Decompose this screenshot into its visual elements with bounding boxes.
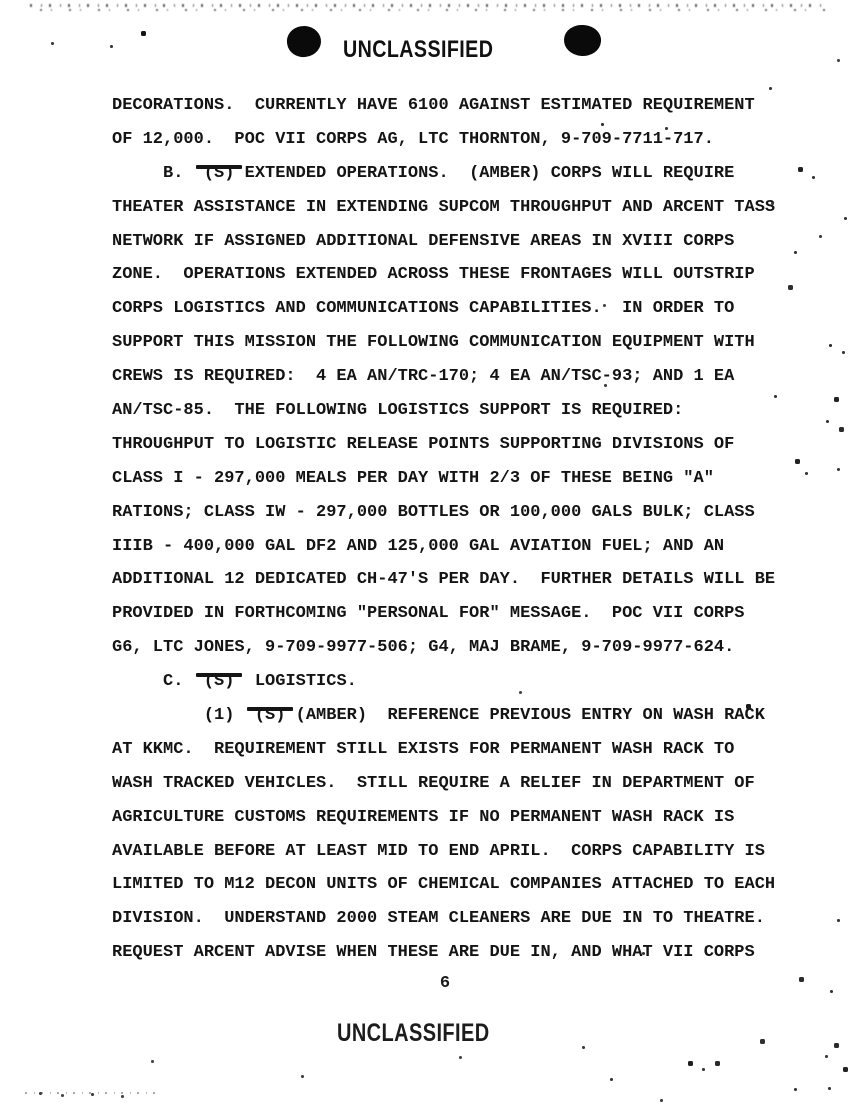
header-classification-stamp: UNCLASSIFIED bbox=[343, 36, 493, 64]
document-line: PROVIDED IN FORTHCOMING "PERSONAL FOR" M… bbox=[112, 597, 832, 631]
line-text: IIIB - 400,000 GAL DF2 AND 125,000 GAL A… bbox=[112, 537, 724, 556]
line-text: LIMITED TO M12 DECON UNITS OF CHEMICAL C… bbox=[112, 875, 775, 894]
document-line: DECORATIONS. CURRENTLY HAVE 6100 AGAINST… bbox=[112, 89, 832, 123]
line-text: AGRICULTURE CUSTOMS REQUIREMENTS IF NO P… bbox=[112, 808, 734, 827]
document-line: NETWORK IF ASSIGNED ADDITIONAL DEFENSIVE… bbox=[112, 225, 832, 259]
line-text: PROVIDED IN FORTHCOMING "PERSONAL FOR" M… bbox=[112, 604, 745, 623]
document-line: CREWS IS REQUIRED: 4 EA AN/TRC-170; 4 EA… bbox=[112, 360, 832, 394]
line-text: (AMBER) REFERENCE PREVIOUS ENTRY ON WASH… bbox=[285, 706, 764, 725]
document-line: SUPPORT THIS MISSION THE FOLLOWING COMMU… bbox=[112, 326, 832, 360]
footer-classification-stamp: UNCLASSIFIED bbox=[337, 1019, 490, 1048]
line-text: CORPS LOGISTICS AND COMMUNICATIONS CAPAB… bbox=[112, 299, 734, 318]
document-line: LIMITED TO M12 DECON UNITS OF CHEMICAL C… bbox=[112, 868, 832, 902]
document-line: ZONE. OPERATIONS EXTENDED ACROSS THESE F… bbox=[112, 258, 832, 292]
line-text: G6, LTC JONES, 9-709-9977-506; G4, MAJ B… bbox=[112, 638, 734, 657]
document-line: THEATER ASSISTANCE IN EXTENDING SUPCOM T… bbox=[112, 191, 832, 225]
line-text: CREWS IS REQUIRED: 4 EA AN/TRC-170; 4 EA… bbox=[112, 367, 734, 386]
line-text: C. bbox=[112, 672, 204, 691]
line-text: THEATER ASSISTANCE IN EXTENDING SUPCOM T… bbox=[112, 198, 775, 217]
document-line: AN/TSC-85. THE FOLLOWING LOGISTICS SUPPO… bbox=[112, 394, 832, 428]
document-line: WASH TRACKED VEHICLES. STILL REQUIRE A R… bbox=[112, 767, 832, 801]
line-text: AT KKMC. REQUIREMENT STILL EXISTS FOR PE… bbox=[112, 740, 734, 759]
line-text: CLASS I - 297,000 MEALS PER DAY WITH 2/3… bbox=[112, 469, 714, 488]
line-text: EXTENDED OPERATIONS. (AMBER) CORPS WILL … bbox=[234, 164, 734, 183]
line-text: DECORATIONS. CURRENTLY HAVE 6100 AGAINST… bbox=[112, 96, 755, 115]
document-line: CLASS I - 297,000 MEALS PER DAY WITH 2/3… bbox=[112, 462, 832, 496]
document-line: AVAILABLE BEFORE AT LEAST MID TO END APR… bbox=[112, 835, 832, 869]
declassified-strikethrough-marking: (S) bbox=[204, 665, 235, 699]
document-line: ADDITIONAL 12 DEDICATED CH-47'S PER DAY.… bbox=[112, 563, 832, 597]
line-text: RATIONS; CLASS IW - 297,000 BOTTLES OR 1… bbox=[112, 503, 755, 522]
document-line: REQUEST ARCENT ADVISE WHEN THESE ARE DUE… bbox=[112, 936, 832, 970]
line-text: B. bbox=[112, 164, 204, 183]
line-text: ADDITIONAL 12 DEDICATED CH-47'S PER DAY.… bbox=[112, 570, 775, 589]
redaction-mark-left bbox=[285, 24, 323, 59]
redaction-mark-right bbox=[563, 23, 603, 57]
declassified-strikethrough-marking: (S) bbox=[204, 157, 235, 191]
document-line: DIVISION. UNDERSTAND 2000 STEAM CLEANERS… bbox=[112, 902, 832, 936]
document-line: B. (S) EXTENDED OPERATIONS. (AMBER) CORP… bbox=[112, 157, 832, 191]
scan-speckles bbox=[0, 0, 1, 1]
scan-noise-band bbox=[30, 3, 825, 14]
document-body-text: DECORATIONS. CURRENTLY HAVE 6100 AGAINST… bbox=[112, 89, 832, 970]
document-page: UNCLASSIFIED DECORATIONS. CURRENTLY HAVE… bbox=[0, 0, 850, 1103]
scan-noise-bottom bbox=[25, 1091, 155, 1095]
document-line: AT KKMC. REQUIREMENT STILL EXISTS FOR PE… bbox=[112, 733, 832, 767]
line-text: LOGISTICS. bbox=[234, 672, 356, 691]
document-line: AGRICULTURE CUSTOMS REQUIREMENTS IF NO P… bbox=[112, 801, 832, 835]
document-line: RATIONS; CLASS IW - 297,000 BOTTLES OR 1… bbox=[112, 496, 832, 530]
document-line: THROUGHPUT TO LOGISTIC RELEASE POINTS SU… bbox=[112, 428, 832, 462]
line-text: ZONE. OPERATIONS EXTENDED ACROSS THESE F… bbox=[112, 265, 755, 284]
line-text: REQUEST ARCENT ADVISE WHEN THESE ARE DUE… bbox=[112, 943, 755, 962]
document-line: C. (S) LOGISTICS. bbox=[112, 665, 832, 699]
line-text: (1) bbox=[112, 706, 255, 725]
line-text: NETWORK IF ASSIGNED ADDITIONAL DEFENSIVE… bbox=[112, 232, 734, 251]
document-line: CORPS LOGISTICS AND COMMUNICATIONS CAPAB… bbox=[112, 292, 832, 326]
line-text: DIVISION. UNDERSTAND 2000 STEAM CLEANERS… bbox=[112, 909, 765, 928]
document-line: IIIB - 400,000 GAL DF2 AND 125,000 GAL A… bbox=[112, 530, 832, 564]
line-text: AN/TSC-85. THE FOLLOWING LOGISTICS SUPPO… bbox=[112, 401, 683, 420]
document-line: OF 12,000. POC VII CORPS AG, LTC THORNTO… bbox=[112, 123, 832, 157]
page-number: 6 bbox=[112, 974, 778, 993]
line-text: OF 12,000. POC VII CORPS AG, LTC THORNTO… bbox=[112, 130, 714, 149]
document-line: (1) (S) (AMBER) REFERENCE PREVIOUS ENTRY… bbox=[112, 699, 832, 733]
line-text: AVAILABLE BEFORE AT LEAST MID TO END APR… bbox=[112, 842, 765, 861]
document-line: G6, LTC JONES, 9-709-9977-506; G4, MAJ B… bbox=[112, 631, 832, 665]
declassified-strikethrough-marking: (S) bbox=[255, 699, 286, 733]
line-text: WASH TRACKED VEHICLES. STILL REQUIRE A R… bbox=[112, 774, 755, 793]
line-text: SUPPORT THIS MISSION THE FOLLOWING COMMU… bbox=[112, 333, 755, 352]
line-text: THROUGHPUT TO LOGISTIC RELEASE POINTS SU… bbox=[112, 435, 734, 454]
